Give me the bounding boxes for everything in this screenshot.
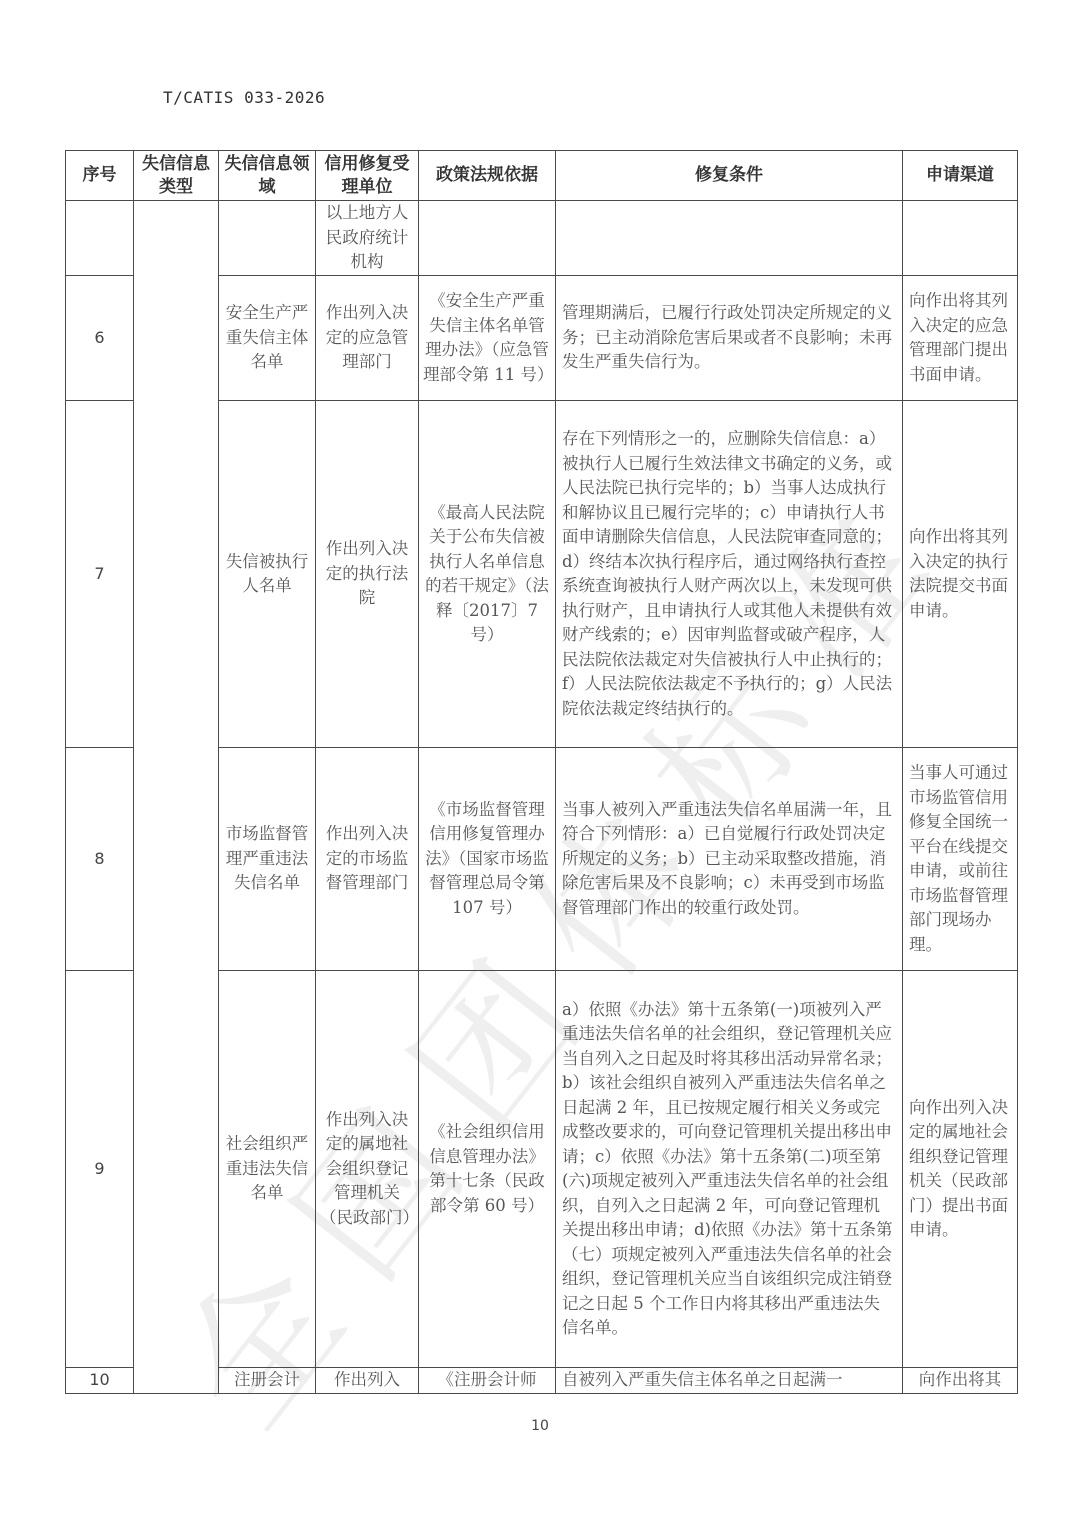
cell-field: 失信被执行人名单 <box>219 401 316 748</box>
cell-basis <box>419 201 556 276</box>
column-header-unit: 信用修复受理单位 <box>316 151 419 201</box>
table-row-continued: 以上地方人民政府统计机构 <box>66 201 1018 276</box>
cell-channel: 向作出列入决定的属地社会组织登记管理机关（民政部门）提出书面申请。 <box>903 971 1018 1368</box>
column-header-basis: 政策法规依据 <box>419 151 556 201</box>
cell-condition: 管理期满后，已履行行政处罚决定所规定的义务；已主动消除危害后果或者不良影响；未再… <box>556 276 903 401</box>
cell-basis: 《市场监督管理信用修复管理办法》（国家市场监督管理总局令第 107 号） <box>419 748 556 971</box>
cell-condition <box>556 201 903 276</box>
cell-unit: 以上地方人民政府统计机构 <box>316 201 419 276</box>
cell-field: 注册会计 <box>219 1368 316 1394</box>
credit-repair-table: 序号 失信信息类型 失信信息领域 信用修复受理单位 政策法规依据 修复条件 申请… <box>65 150 1018 1394</box>
cell-unit: 作出列入决定的应急管理部门 <box>316 276 419 401</box>
column-header-channel: 申请渠道 <box>903 151 1018 201</box>
cell-condition: a）依照《办法》第十五条第(一)项被列入严重违法失信名单的社会组织，登记管理机关… <box>556 971 903 1368</box>
cell-condition: 当事人被列入严重违法失信名单届满一年，且符合下列情形：a）已自觉履行行政处罚决定… <box>556 748 903 971</box>
column-header-field: 失信信息领域 <box>219 151 316 201</box>
cell-condition: 自被列入严重失信主体名单之日起满一 <box>556 1368 903 1394</box>
credit-repair-table-container: 序号 失信信息类型 失信信息领域 信用修复受理单位 政策法规依据 修复条件 申请… <box>65 150 1018 1394</box>
cell-channel: 向作出将其列入决定的应急管理部门提出书面申请。 <box>903 276 1018 401</box>
cell-unit: 作出列入 <box>316 1368 419 1394</box>
column-header-condition: 修复条件 <box>556 151 903 201</box>
cell-field <box>219 201 316 276</box>
cell-type-merged <box>134 201 219 1394</box>
cell-no: 10 <box>66 1368 134 1394</box>
cell-channel: 向作出将其 <box>903 1368 1018 1394</box>
cell-no: 9 <box>66 971 134 1368</box>
cell-field: 安全生产严重失信主体名单 <box>219 276 316 401</box>
cell-unit: 作出列入决定的执行法院 <box>316 401 419 748</box>
cell-no: 6 <box>66 276 134 401</box>
table-header-row: 序号 失信信息类型 失信信息领域 信用修复受理单位 政策法规依据 修复条件 申请… <box>66 151 1018 201</box>
cell-unit: 作出列入决定的属地社会组织登记管理机关（民政部门） <box>316 971 419 1368</box>
cell-basis: 《注册会计师 <box>419 1368 556 1394</box>
cell-condition: 存在下列情形之一的，应删除失信信息：a）被执行人已履行生效法律文书确定的义务，或… <box>556 401 903 748</box>
cell-channel: 当事人可通过市场监管信用修复全国统一平台在线提交申请，或前往市场监督管理部门现场… <box>903 748 1018 971</box>
cell-unit: 作出列入决定的市场监督管理部门 <box>316 748 419 971</box>
column-header-no: 序号 <box>66 151 134 201</box>
cell-no: 7 <box>66 401 134 748</box>
cell-basis: 《安全生产严重失信主体名单管理办法》（应急管理部令第 11 号） <box>419 276 556 401</box>
page-number: 10 <box>0 1418 1080 1434</box>
cell-basis: 《最高人民法院关于公布失信被执行人名单信息的若干规定》（法释〔2017〕7 号） <box>419 401 556 748</box>
cell-basis: 《社会组织信用信息管理办法》第十七条（民政部令第 60 号） <box>419 971 556 1368</box>
cell-field: 市场监督管理严重违法失信名单 <box>219 748 316 971</box>
cell-field: 社会组织严重违法失信名单 <box>219 971 316 1368</box>
cell-channel <box>903 201 1018 276</box>
cell-no <box>66 201 134 276</box>
cell-channel: 向作出将其列入决定的执行法院提交书面申请。 <box>903 401 1018 748</box>
document-code: T/CATIS 033-2026 <box>163 88 325 107</box>
cell-no: 8 <box>66 748 134 971</box>
column-header-type: 失信信息类型 <box>134 151 219 201</box>
